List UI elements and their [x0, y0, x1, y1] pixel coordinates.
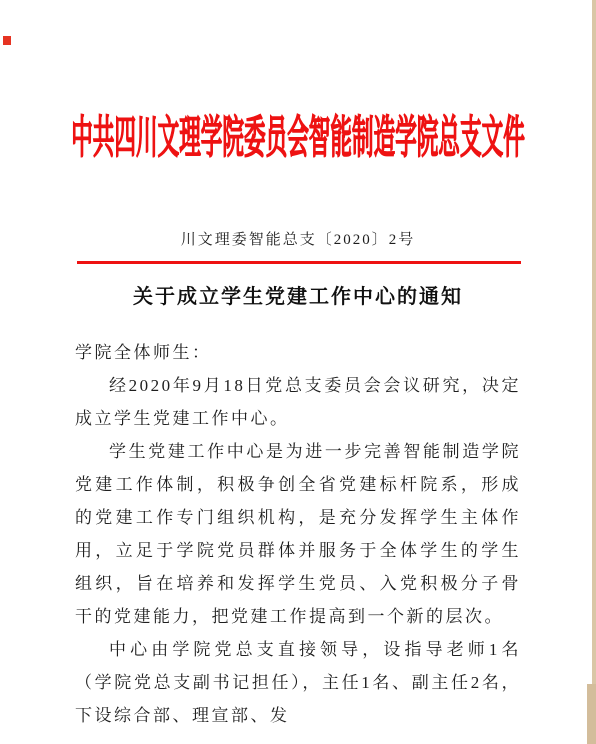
body-paragraph: 学生党建工作中心是为进一步完善智能制造学院党建工作体制，积极争创全省党建标杆院系… [75, 435, 521, 633]
page-bottom-right-edge-strip [587, 684, 596, 744]
letterhead-org-title: 中共四川文理学院委员会智能制造学院总支文件 [71, 100, 525, 166]
salutation: 学院全体师生： [75, 336, 521, 369]
body-paragraph: 经2020年9月18日党总支委员会会议研究，决定成立学生党建工作中心。 [75, 369, 521, 435]
doc-number: 川文理委智能总支〔2020〕2号 [0, 228, 596, 249]
letterhead: 中共四川文理学院委员会智能制造学院总支文件 [0, 104, 596, 162]
notice-title: 关于成立学生党建工作中心的通知 [0, 280, 596, 309]
red-separator-rule [77, 261, 521, 264]
document-page: 中共四川文理学院委员会智能制造学院总支文件 川文理委智能总支〔2020〕2号 关… [0, 0, 596, 744]
red-corner-mark [3, 36, 11, 45]
notice-body: 学院全体师生： 经2020年9月18日党总支委员会会议研究，决定成立学生党建工作… [75, 336, 521, 732]
body-paragraph: 中心由学院党总支直接领导，设指导老师1名（学院党总支副书记担任），主任1名、副主… [75, 633, 521, 732]
